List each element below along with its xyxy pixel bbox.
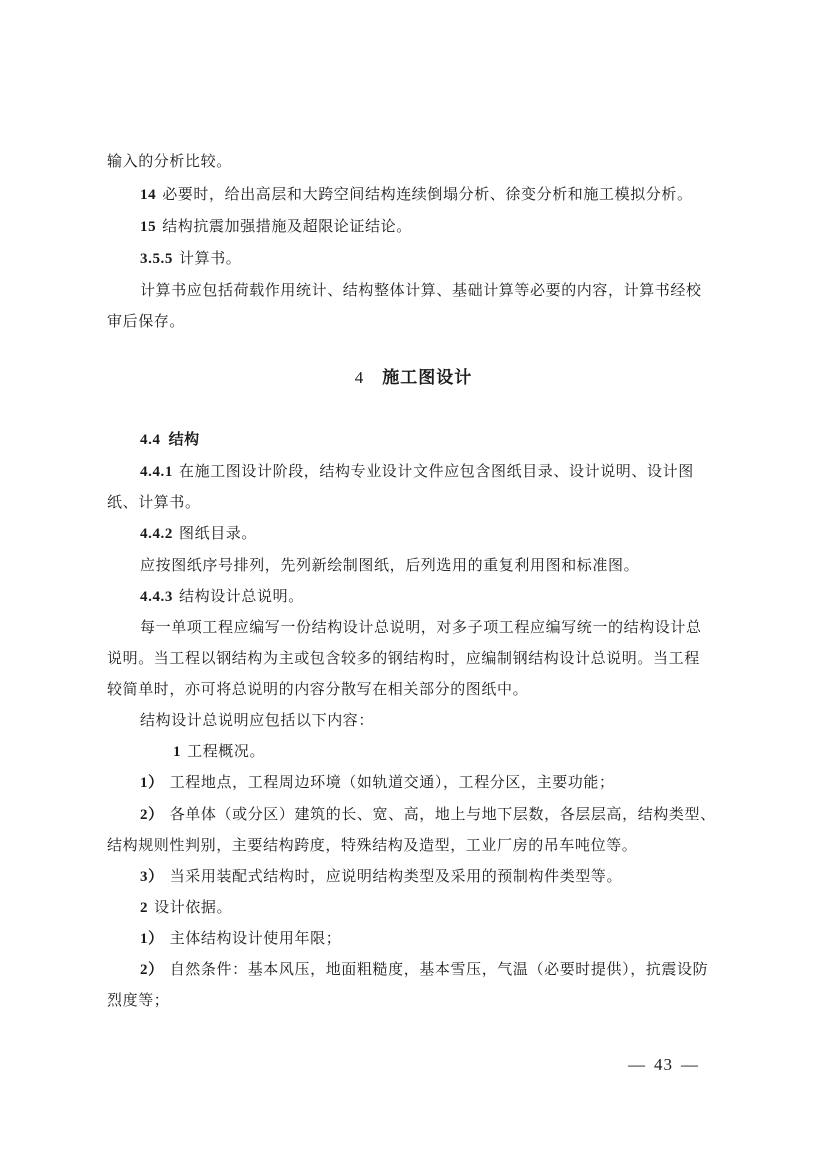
dash-left: — xyxy=(628,1055,646,1074)
line-text: 结构规则性判别，主要结构跨度，特殊结构及造型，工业厂房的吊车吨位等。 xyxy=(107,836,637,854)
chapter-title: 4施工图设计 xyxy=(0,366,827,390)
paragraph-line: 纸、计算书。 xyxy=(107,492,727,512)
item-number: 15 xyxy=(140,219,156,235)
item-number: 1 xyxy=(173,744,181,760)
chapter-title-text: 施工图设计 xyxy=(382,368,472,388)
item-text: 主体结构设计使用年限； xyxy=(170,929,342,947)
line-text: 结构设计总说明应包括以下内容： xyxy=(140,711,374,729)
item-text: 当采用装配式结构时，应说明结构类型及采用的预制构件类型等。 xyxy=(170,867,622,885)
item-text: 必要时，给出高层和大跨空间结构连续倒塌分析、徐变分析和施工模拟分析。 xyxy=(162,185,692,203)
section-heading: 4.4结构 xyxy=(140,429,760,450)
sub-item-2: 2）自然条件：基本风压，地面粗糙度，基本雪压，气温（必要时提供），抗震设防 xyxy=(140,959,760,980)
clause-4-4-3: 4.4.3结构设计总说明。 xyxy=(140,586,760,607)
paragraph-line: 结构规则性判别，主要结构跨度，特殊结构及造型，工业厂房的吊车吨位等。 xyxy=(107,835,727,855)
item-number: 2 xyxy=(140,900,148,916)
paragraph-continuation: 输入的分析比较。 xyxy=(107,151,727,171)
line-text: 输入的分析比较。 xyxy=(107,152,232,170)
section-number: 4.4 xyxy=(140,432,161,448)
paragraph-line: 说明。当工程以钢结构为主或包含较多的钢结构时，应编制钢结构设计总说明。当工程 xyxy=(107,648,727,668)
clause-text: 计算书。 xyxy=(179,249,241,267)
list-item-15: 15结构抗震加强措施及超限论证结论。 xyxy=(140,216,760,237)
item-number: 1） xyxy=(140,931,164,947)
paragraph-line: 每一单项工程应编写一份结构设计总说明，对多子项工程应编写统一的结构设计总 xyxy=(140,617,760,637)
line-text: 烈度等； xyxy=(107,991,169,1009)
page-number-value: 43 xyxy=(654,1055,673,1074)
item-text: 工程地点，工程周边环境（如轨道交通），工程分区，主要功能； xyxy=(170,773,615,791)
list-item-14: 14必要时，给出高层和大跨空间结构连续倒塌分析、徐变分析和施工模拟分析。 xyxy=(140,184,760,205)
paragraph-line: 审后保存。 xyxy=(107,311,727,331)
item-text: 结构抗震加强措施及超限论证结论。 xyxy=(162,217,412,235)
clause-text: 在施工图设计阶段，结构专业设计文件应包含图纸目录、设计说明、设计图 xyxy=(179,462,694,480)
item-number: 1） xyxy=(140,775,164,791)
item-number: 3） xyxy=(140,869,164,885)
page-number: —43— xyxy=(620,1054,707,1076)
section-title: 结构 xyxy=(169,430,200,448)
item-number: 14 xyxy=(140,187,156,203)
paragraph-line: 烈度等； xyxy=(107,990,727,1010)
sub-item-1: 1）主体结构设计使用年限； xyxy=(140,928,760,949)
chapter-number: 4 xyxy=(355,368,365,387)
sub-item-3: 3）当采用装配式结构时，应说明结构类型及采用的预制构件类型等。 xyxy=(140,866,760,887)
item-text: 工程概况。 xyxy=(187,742,265,760)
clause-number: 4.4.1 xyxy=(140,464,173,480)
clause-3-5-5: 3.5.5计算书。 xyxy=(140,248,760,269)
line-text: 较简单时，亦可将总说明的内容分散写在相关部分的图纸中。 xyxy=(107,680,528,698)
list-item-1: 1工程概况。 xyxy=(173,741,793,762)
clause-number: 4.4.3 xyxy=(140,589,173,605)
line-text: 应按图纸序号排列，先列新绘制图纸，后列选用的重复利用图和标准图。 xyxy=(140,556,639,574)
line-text: 说明。当工程以钢结构为主或包含较多的钢结构时，应编制钢结构设计总说明。当工程 xyxy=(107,649,700,667)
paragraph-line: 应按图纸序号排列，先列新绘制图纸，后列选用的重复利用图和标准图。 xyxy=(140,555,760,575)
clause-4-4-1: 4.4.1在施工图设计阶段，结构专业设计文件应包含图纸目录、设计说明、设计图 xyxy=(140,461,760,482)
line-text: 纸、计算书。 xyxy=(107,493,201,511)
sub-item-1: 1）工程地点，工程周边环境（如轨道交通），工程分区，主要功能； xyxy=(140,772,760,793)
paragraph-line: 结构设计总说明应包括以下内容： xyxy=(140,710,760,730)
paragraph-line: 较简单时，亦可将总说明的内容分散写在相关部分的图纸中。 xyxy=(107,679,727,699)
paragraph-line: 计算书应包括荷载作用统计、结构整体计算、基础计算等必要的内容，计算书经校 xyxy=(140,280,760,300)
clause-number: 4.4.2 xyxy=(140,526,173,542)
list-item-2: 2设计依据。 xyxy=(140,897,760,918)
item-number: 2） xyxy=(140,807,164,823)
item-number: 2） xyxy=(140,962,164,978)
clause-4-4-2: 4.4.2图纸目录。 xyxy=(140,523,760,544)
clause-text: 结构设计总说明。 xyxy=(179,587,304,605)
item-text: 自然条件：基本风压，地面粗糙度，基本雪压，气温（必要时提供），抗震设防 xyxy=(170,960,709,978)
line-text: 计算书应包括荷载作用统计、结构整体计算、基础计算等必要的内容，计算书经校 xyxy=(140,281,702,299)
clause-text: 图纸目录。 xyxy=(179,524,257,542)
clause-number: 3.5.5 xyxy=(140,251,173,267)
line-text: 每一单项工程应编写一份结构设计总说明，对多子项工程应编写统一的结构设计总 xyxy=(140,618,702,636)
document-page: 输入的分析比较。 14必要时，给出高层和大跨空间结构连续倒塌分析、徐变分析和施工… xyxy=(0,0,827,1169)
item-text: 设计依据。 xyxy=(154,898,232,916)
sub-item-2: 2）各单体（或分区）建筑的长、宽、高，地上与地下层数，各层层高，结构类型、 xyxy=(140,804,760,825)
line-text: 审后保存。 xyxy=(107,312,185,330)
item-text: 各单体（或分区）建筑的长、宽、高，地上与地下层数，各层层高，结构类型、 xyxy=(170,805,716,823)
dash-right: — xyxy=(681,1055,699,1074)
